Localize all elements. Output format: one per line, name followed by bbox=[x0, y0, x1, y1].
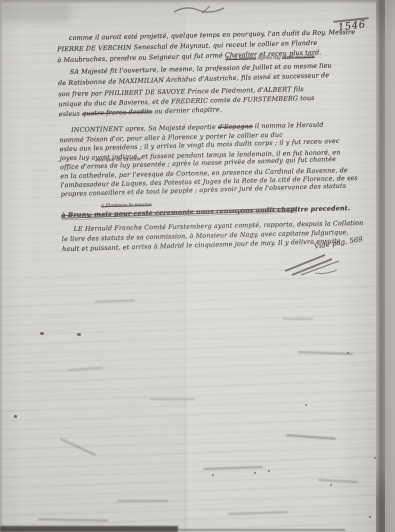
ink-smudge bbox=[228, 511, 288, 515]
ink-speck bbox=[212, 474, 214, 476]
interline-post: mort accordé bbox=[282, 55, 315, 61]
line-segment: il nomma le Herauld bbox=[255, 121, 324, 130]
ink-smudge bbox=[150, 398, 195, 400]
page-edge-right-band bbox=[376, 0, 385, 532]
struck-segment: d'Espagne bbox=[218, 122, 253, 131]
ink-speck bbox=[268, 470, 270, 472]
page-edge-left bbox=[0, 0, 3, 532]
interline-mid: Après luy bbox=[258, 56, 281, 62]
line-segment: au dernier chapitre. bbox=[154, 105, 222, 115]
page-edge-bottom bbox=[130, 529, 345, 532]
ink-speck bbox=[305, 404, 307, 406]
page-edge-top bbox=[0, 0, 395, 4]
flourish-marks bbox=[281, 249, 343, 277]
struck-segment: quatre freres desdits bbox=[82, 107, 153, 117]
ink-speck bbox=[369, 516, 371, 518]
page-edge-right bbox=[385, 0, 395, 532]
line-segment: esleus bbox=[59, 110, 80, 119]
ink-smudge bbox=[118, 500, 168, 502]
ink-smudge bbox=[203, 466, 263, 470]
interline-pre: de la mesme bbox=[225, 56, 256, 62]
ink-speck bbox=[347, 352, 349, 354]
ink-speck bbox=[254, 472, 256, 474]
manuscript-photo: 1546 comme il auroit esté projetté, quel… bbox=[0, 0, 395, 532]
ink-speck bbox=[14, 415, 17, 418]
ink-smudge bbox=[318, 479, 358, 483]
ink-smudge bbox=[286, 434, 336, 439]
ink-speck bbox=[40, 332, 44, 335]
ink-speck bbox=[330, 484, 332, 486]
ink-speck bbox=[77, 333, 81, 336]
ink-smudge bbox=[298, 351, 353, 355]
ink-smudge bbox=[283, 318, 313, 320]
